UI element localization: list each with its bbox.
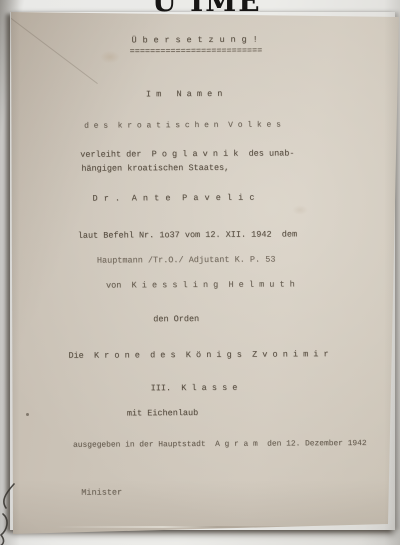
cord-squiggle: [0, 478, 30, 545]
line-verleiht-poglavnik: verleiht der P o g l a v n i k des unab-: [80, 148, 294, 159]
line-dr-ante-pavelic: D r . A n t e P a v e l i c: [92, 193, 254, 204]
photo-frame: U IME Ü b e r s e t z u n g ! ==========…: [0, 0, 400, 545]
translation-sheet: Ü b e r s e t z u n g ! ================…: [0, 0, 400, 545]
typed-text-layer: Ü b e r s e t z u n g ! ================…: [0, 0, 400, 545]
line-hauptmann-adjutant: Hauptmann /Tr.O./ Adjutant K. P. 53: [97, 255, 276, 266]
line-des-kroatischen-volkes: d e s k r o a t i s c h e n V o l k e s: [84, 121, 281, 132]
line-ausgegeben-agram: ausgegeben in der Hauptstadt A g r a m d…: [73, 439, 367, 451]
line-iii-klasse: III. K l a s s e: [151, 383, 238, 394]
line-laut-befehl: laut Befehl Nr. 1o37 vom 12. XII. 1942 d…: [78, 229, 297, 240]
line-minister: Minister: [81, 487, 122, 497]
line-haengigen-staates: hängigen kroatischen Staates,: [81, 163, 229, 174]
translation-heading: Ü b e r s e t z u n g !: [132, 35, 259, 46]
line-mit-eichenlaub: mit Eichenlaub: [127, 408, 198, 418]
heading-underline: ==========================: [130, 46, 263, 57]
line-im-namen: I m N a m e n: [146, 89, 223, 99]
line-von-kiessling-helmuth: von K i e s s l i n g H e l m u t h: [106, 279, 295, 290]
line-krone-koenigs-zvonimir: Die K r o n e d e s K ö n i g s Z v o n …: [68, 349, 328, 361]
line-den-orden: den Orden: [153, 314, 199, 324]
